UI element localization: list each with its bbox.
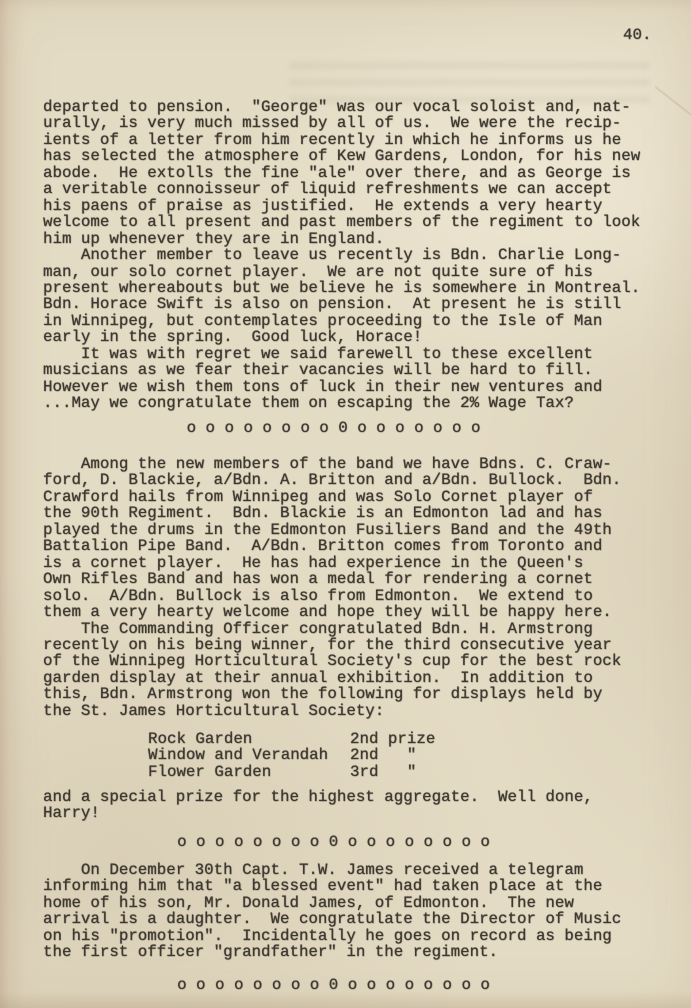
- paper-crease: [655, 87, 691, 131]
- paragraph-new-members-and-awards: Among the new members of the band we hav…: [43, 456, 621, 719]
- paragraph-pensions-and-departures: departed to pension. "George" was our vo…: [43, 99, 640, 412]
- award-category: Rock Garden: [148, 731, 350, 747]
- award-row: Flower Garden 3rd ": [148, 764, 435, 780]
- award-prize: 2nd prize: [350, 731, 435, 747]
- document-page: 40. departed to pension. "George" was ou…: [0, 0, 691, 1008]
- award-category: Window and Verandah: [148, 747, 350, 763]
- awards-table: Rock Garden 2nd prize Window and Veranda…: [148, 731, 435, 780]
- award-prize: 2nd ": [350, 747, 416, 763]
- award-category: Flower Garden: [148, 764, 350, 780]
- page-number: 40.: [623, 27, 651, 43]
- award-row: Rock Garden 2nd prize: [148, 731, 435, 747]
- section-separator: o o o o o o o o 0 o o o o o o o: [30, 420, 637, 436]
- section-separator: o o o o o o o o 0 o o o o o o o o: [30, 834, 637, 850]
- section-separator: o o o o o o o o 0 o o o o o o o o: [30, 977, 637, 993]
- paragraph-telegram-news: On December 30th Capt. T.W. James receiv…: [43, 862, 621, 961]
- award-prize: 3rd ": [350, 764, 416, 780]
- paragraph-aggregate-prize: and a special prize for the highest aggr…: [43, 789, 593, 822]
- award-row: Window and Verandah 2nd ": [148, 747, 435, 763]
